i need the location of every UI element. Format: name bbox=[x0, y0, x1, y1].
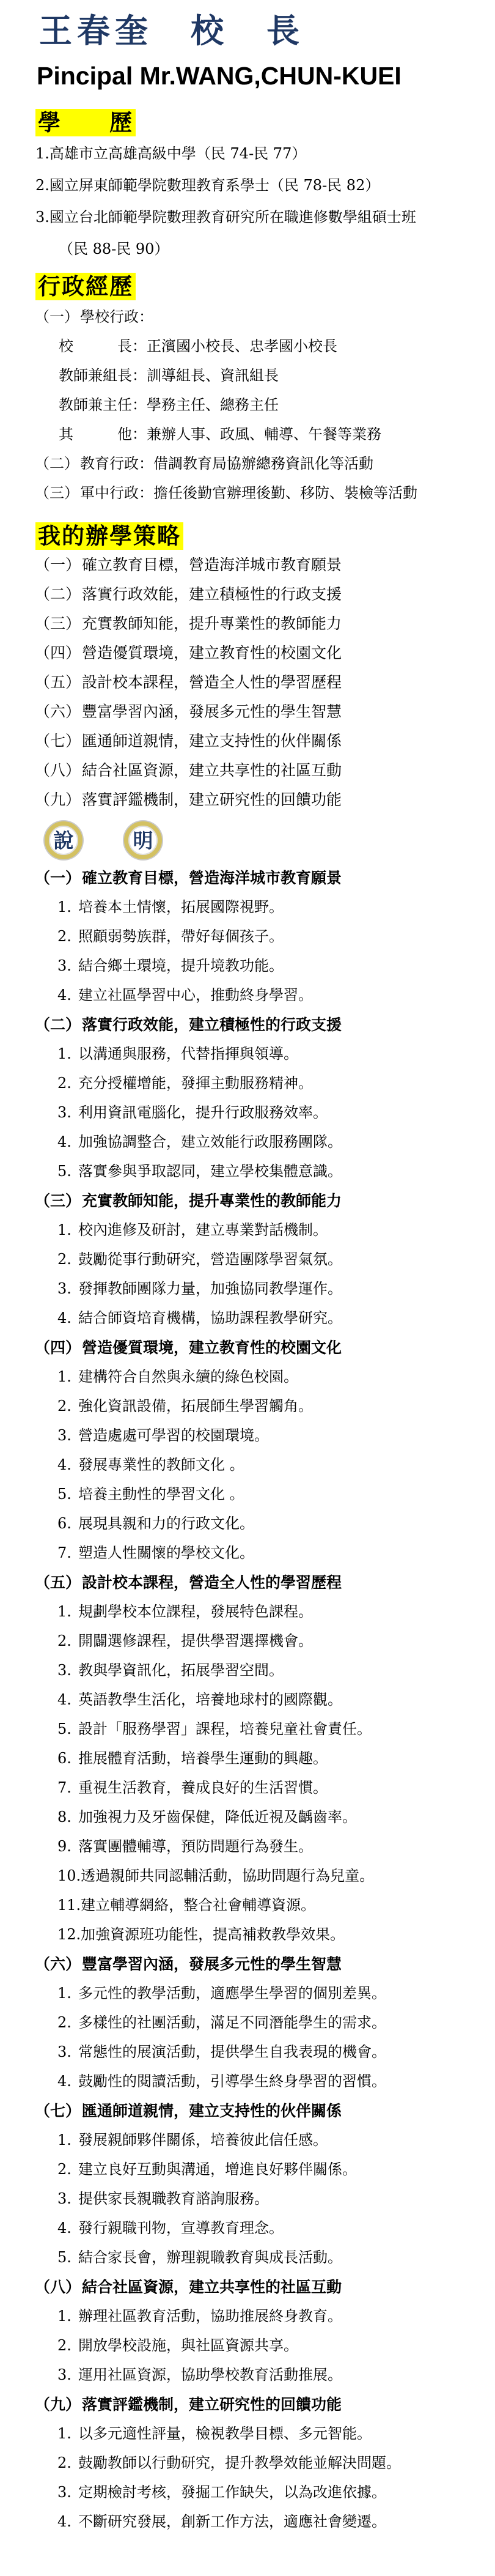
note-item-text: 發揮教師團隊力量，加強協同教學運作。 bbox=[78, 1281, 342, 1296]
education-item: 2.國立屏東師範學院數理教育系學士（民 78-民 82） bbox=[0, 177, 495, 193]
note-item: 1.發展親師夥伴關係，培養彼此信任感。 bbox=[0, 2133, 495, 2147]
note-group-number: （八） bbox=[35, 2279, 81, 2295]
note-item: 7.塑造人性關懷的學校文化。 bbox=[0, 1545, 495, 1560]
note-item: 4.加強協調整合，建立效能行政服務團隊。 bbox=[0, 1134, 495, 1149]
note-group-heading: （三）充實教師知能，提升專業性的教師能力 bbox=[0, 1193, 495, 1208]
note-item-number: 4. bbox=[57, 2221, 78, 2235]
note-item-number: 2. bbox=[57, 1076, 78, 1090]
note-group-title: 落實評鑑機制，建立研究性的回饋功能 bbox=[82, 2397, 342, 2412]
note-group-number: （一） bbox=[35, 870, 81, 886]
admin-item-number: （二） bbox=[35, 456, 79, 471]
admin-list: （一）學校行政：校 長：正濱國小校長、忠孝國小校長教師兼組長：訓導組長、資訊組長… bbox=[0, 309, 495, 500]
note-item-text: 開闢選修課程，提供學習選擇機會。 bbox=[78, 1634, 313, 1648]
note-item-number: 4. bbox=[57, 1311, 78, 1325]
note-item-text: 推展體育活動，培養學生運動的興趣。 bbox=[78, 1751, 328, 1766]
note-item-number: 1. bbox=[57, 1046, 78, 1061]
note-item-text: 加強協調整合，建立效能行政服務團隊。 bbox=[78, 1134, 342, 1149]
strategies-list: （一）確立教育目標，營造海洋城市教育願景（二）落實行政效能，建立積極性的行政支援… bbox=[0, 557, 495, 807]
strategy-item-text: 結合社區資源，建立共享性的社區互動 bbox=[82, 763, 342, 778]
note-group-heading: （六）豐富學習內涵，發展多元性的學生智慧 bbox=[0, 1956, 495, 1972]
note-group-title: 充實教師知能，提升專業性的教師能力 bbox=[82, 1193, 342, 1208]
strategy-item: （四）營造優質環境，建立教育性的校園文化 bbox=[0, 645, 495, 661]
admin-item: （二）教育行政：借調教育局協辦總務資訊化等活動 bbox=[0, 456, 495, 471]
note-group-title: 營造優質環境，建立教育性的校園文化 bbox=[82, 1340, 342, 1355]
note-group-title: 落實行政效能，建立積極性的行政支援 bbox=[82, 1017, 342, 1032]
strategy-item: （七）匯通師道親情，建立支持性的伙伴關係 bbox=[0, 733, 495, 749]
note-item-text: 發行親職刊物，宣導教育理念。 bbox=[78, 2221, 284, 2235]
page-title: 王春奎 校 長 bbox=[39, 11, 304, 50]
admin-subline: 其 他：兼辦人事、政風、輔導、午餐等業務 bbox=[0, 427, 495, 442]
note-item: 2.強化資訊設備，拓展師生學習觸角。 bbox=[0, 1399, 495, 1413]
note-item: 2.照顧弱勢族群，帶好每個孩子。 bbox=[0, 929, 495, 944]
note-item: 6.推展體育活動，培養學生運動的興趣。 bbox=[0, 1751, 495, 1766]
education-item-text: 國立屏東師範學院數理教育系學士（民 78-民 82） bbox=[50, 177, 380, 193]
admin-item-number: （三） bbox=[35, 486, 79, 500]
note-item-number: 1. bbox=[57, 1369, 78, 1384]
strategy-item-number: （二） bbox=[35, 587, 81, 602]
note-item-text: 結合家長會，辦理親職教育與成長活動。 bbox=[78, 2250, 342, 2265]
admin-item: （一）學校行政： bbox=[0, 309, 495, 324]
note-item-text: 充分授權增能，發揮主動服務精神。 bbox=[78, 1076, 313, 1090]
notes-badge-row: 說 明 bbox=[45, 821, 495, 859]
note-item-text: 落實團體輔導，預防問題行為發生。 bbox=[78, 1839, 313, 1854]
note-item: 12.加強資源班功能性，提高補救教學效果。 bbox=[0, 1927, 495, 1942]
note-item-number: 6. bbox=[57, 1751, 78, 1766]
strategy-item-number: （三） bbox=[35, 616, 81, 631]
note-item-text: 不斷研究發展，創新工作方法，適應社會變遷。 bbox=[78, 2514, 386, 2529]
strategy-item: （六）豐富學習內涵，發展多元性的學生智慧 bbox=[0, 704, 495, 719]
note-item-number: 2. bbox=[57, 1252, 78, 1267]
note-item: 1.辦理社區教育活動，協助推展終身教育。 bbox=[0, 2309, 495, 2323]
note-item-number: 1. bbox=[57, 1223, 78, 1237]
note-item-text: 設計「服務學習」課程，培養兒童社會責任。 bbox=[78, 1722, 372, 1736]
note-group-heading: （九）落實評鑑機制，建立研究性的回饋功能 bbox=[0, 2397, 495, 2412]
note-item-text: 定期檢討考核，發掘工作缺失，以為改進依據。 bbox=[78, 2485, 386, 2500]
note-item: 1.以溝通與服務，代替指揮與領導。 bbox=[0, 1046, 495, 1061]
strategy-item-number: （五） bbox=[35, 675, 81, 690]
strategy-item: （五）設計校本課程，營造全人性的學習歷程 bbox=[0, 675, 495, 690]
note-item-text: 以溝通與服務，代替指揮與領導。 bbox=[78, 1046, 298, 1061]
note-item-text: 鼓勵教師以行動研究，提升教學效能並解決問題。 bbox=[78, 2456, 401, 2470]
note-item-number: 4. bbox=[57, 1134, 78, 1149]
note-item-number: 2. bbox=[57, 2162, 78, 2177]
note-item-text: 建構符合自然與永續的綠色校園。 bbox=[78, 1369, 298, 1384]
note-item: 2.多樣性的社團活動，滿足不同潛能學生的需求。 bbox=[0, 2015, 495, 2030]
note-item-number: 1. bbox=[57, 900, 78, 914]
note-item-number: 5. bbox=[57, 1487, 78, 1501]
note-item: 1.多元性的教學活動，適應學生學習的個別差異。 bbox=[0, 1986, 495, 2000]
education-section-heading-row: 學 歷 bbox=[35, 109, 495, 136]
note-item-number: 2. bbox=[57, 1399, 78, 1413]
note-item: 3.常態性的展演活動，提供學生自我表現的機會。 bbox=[0, 2045, 495, 2059]
note-item-text: 建立輔導網絡，整合社會輔導資源。 bbox=[81, 1898, 315, 1912]
note-item: 3.運用社區資源，協助學校教育活動推展。 bbox=[0, 2367, 495, 2382]
note-item: 4.英語教學生活化，培養地球村的國際觀。 bbox=[0, 1692, 495, 1707]
note-item-number: 1. bbox=[57, 2426, 78, 2441]
note-item-text: 加強視力及牙齒保健，降低近視及齲齒率。 bbox=[78, 1810, 357, 1824]
note-item-text: 透過親師共同認輔活動，協助問題行為兒童。 bbox=[81, 1868, 374, 1883]
note-item-number: 7. bbox=[57, 1545, 78, 1560]
note-item-text: 發展親師夥伴關係，培養彼此信任感。 bbox=[78, 2133, 328, 2147]
title-row: 王春奎 校 長 bbox=[39, 13, 495, 48]
note-item-number: 2. bbox=[57, 1634, 78, 1648]
admin-item-text: 學校行政： bbox=[80, 309, 153, 324]
note-item-number: 3. bbox=[57, 2045, 78, 2059]
note-item-number: 3. bbox=[57, 2485, 78, 2500]
strategy-item-text: 落實行政效能，建立積極性的行政支援 bbox=[82, 587, 342, 602]
note-item-text: 結合師資培育機構，協助課程教學研究。 bbox=[78, 1311, 342, 1325]
note-item: 3.提供家長親職教育諮詢服務。 bbox=[0, 2191, 495, 2206]
education-item: 3.國立台北師範學院數理教育研究所在職進修數學組碩士班 bbox=[0, 209, 495, 225]
note-group-number: （二） bbox=[35, 1017, 81, 1032]
note-item: 4.不斷研究發展，創新工作方法，適應社會變遷。 bbox=[0, 2514, 495, 2529]
note-item-text: 建立良好互動與溝通，增進良好夥伴關係。 bbox=[78, 2162, 357, 2177]
admin-heading: 行政經歷 bbox=[35, 273, 136, 300]
education-item-number: 1. bbox=[35, 146, 50, 161]
note-group-title: 豐富學習內涵，發展多元性的學生智慧 bbox=[82, 1956, 342, 1972]
note-badge-ming: 明 bbox=[124, 821, 162, 859]
strategy-item: （三）充實教師知能，提升專業性的教師能力 bbox=[0, 616, 495, 631]
note-item-number: 5. bbox=[57, 2250, 78, 2265]
note-item-text: 多元性的教學活動，適應學生學習的個別差異。 bbox=[78, 1986, 386, 2000]
note-item: 2.鼓勵教師以行動研究，提升教學效能並解決問題。 bbox=[0, 2456, 495, 2470]
note-item: 4.發展專業性的教師文化 。 bbox=[0, 1457, 495, 1472]
strategy-item-number: （六） bbox=[35, 704, 81, 719]
education-item: 1.高雄市立高雄高級中學（民 74-民 77） bbox=[0, 146, 495, 161]
note-item-text: 培養本土情懷，拓展國際視野。 bbox=[78, 900, 284, 914]
note-badge-shuo-char: 說 bbox=[54, 831, 74, 851]
principal-profile-page: 王春奎 校 長 Pincipal Mr.WANG,CHUN-KUEI 學 歷 1… bbox=[0, 0, 495, 2576]
note-item-text: 運用社區資源，協助學校教育活動推展。 bbox=[78, 2367, 342, 2382]
note-item-text: 鼓勵性的閱讀活動，引導學生終身學習的習慣。 bbox=[78, 2074, 386, 2089]
note-item-number: 4. bbox=[57, 2514, 78, 2529]
strategy-item-text: 確立教育目標，營造海洋城市教育願景 bbox=[82, 557, 342, 572]
strategies-section-heading-row: 我的辦學策略 bbox=[35, 522, 495, 550]
note-item-text: 教與學資訊化，拓展學習空間。 bbox=[78, 1663, 284, 1678]
note-item-text: 重視生活教育，養成良好的生活習慣。 bbox=[78, 1780, 328, 1795]
strategy-item-number: （一） bbox=[35, 557, 81, 572]
admin-item-number: （一） bbox=[35, 309, 79, 324]
note-item-text: 落實參與爭取認同，建立學校集體意識。 bbox=[78, 1164, 342, 1179]
strategy-item-number: （七） bbox=[35, 733, 81, 749]
note-item: 2.充分授權增能，發揮主動服務精神。 bbox=[0, 1076, 495, 1090]
note-group-heading: （四）營造優質環境，建立教育性的校園文化 bbox=[0, 1340, 495, 1355]
admin-subline: 教師兼組長：訓導組長、資訊組長 bbox=[0, 368, 495, 383]
note-item: 1.培養本土情懷，拓展國際視野。 bbox=[0, 900, 495, 914]
note-item-text: 常態性的展演活動，提供學生自我表現的機會。 bbox=[78, 2045, 386, 2059]
note-item-text: 建立社區學習中心，推動終身學習。 bbox=[78, 988, 313, 1002]
note-group-number: （四） bbox=[35, 1340, 81, 1355]
subtitle-row: Pincipal Mr.WANG,CHUN-KUEI bbox=[37, 62, 495, 89]
strategy-item: （九）落實評鑑機制，建立研究性的回饋功能 bbox=[0, 792, 495, 807]
note-group-heading: （五）設計校本課程，營造全人性的學習歷程 bbox=[0, 1575, 495, 1590]
admin-subline: 校 長：正濱國小校長、忠孝國小校長 bbox=[0, 339, 495, 353]
note-item-text: 營造處處可學習的校園環境。 bbox=[78, 1428, 269, 1443]
note-item-text: 多樣性的社團活動，滿足不同潛能學生的需求。 bbox=[78, 2015, 386, 2030]
strategy-item-number: （四） bbox=[35, 645, 81, 661]
note-item: 8.加強視力及牙齒保健，降低近視及齲齒率。 bbox=[0, 1810, 495, 1824]
note-item: 3.營造處處可學習的校園環境。 bbox=[0, 1428, 495, 1443]
education-item-text: 高雄市立高雄高級中學（民 74-民 77） bbox=[50, 146, 306, 161]
strategy-item: （一）確立教育目標，營造海洋城市教育願景 bbox=[0, 557, 495, 572]
strategy-item: （八）結合社區資源，建立共享性的社區互動 bbox=[0, 763, 495, 778]
note-group-number: （七） bbox=[35, 2103, 81, 2119]
note-item-number: 3. bbox=[57, 1281, 78, 1296]
note-item-number: 3. bbox=[57, 2367, 78, 2382]
note-item-text: 辦理社區教育活動，協助推展終身教育。 bbox=[78, 2309, 342, 2323]
note-group-title: 確立教育目標，營造海洋城市教育願景 bbox=[82, 870, 342, 886]
note-item-text: 規劃學校本位課程，發展特色課程。 bbox=[78, 1604, 313, 1619]
note-group-heading: （八）結合社區資源，建立共享性的社區互動 bbox=[0, 2279, 495, 2295]
note-item-number: 3. bbox=[57, 1663, 78, 1678]
note-item: 1.建構符合自然與永續的綠色校園。 bbox=[0, 1369, 495, 1384]
note-badge-shuo: 說 bbox=[45, 821, 82, 859]
note-item-text: 開放學校設施，與社區資源共享。 bbox=[78, 2338, 298, 2353]
education-item-number: 2. bbox=[35, 177, 50, 193]
note-group-number: （五） bbox=[35, 1575, 81, 1590]
note-group-number: （六） bbox=[35, 1956, 81, 1972]
strategy-item-number: （八） bbox=[35, 763, 81, 778]
note-item: 7.重視生活教育，養成良好的生活習慣。 bbox=[0, 1780, 495, 1795]
page-subtitle: Pincipal Mr.WANG,CHUN-KUEI bbox=[37, 62, 402, 90]
admin-subline: 教師兼主任：學務主任、總務主任 bbox=[0, 398, 495, 412]
note-item: 1.以多元適性評量，檢視教學目標、多元智能。 bbox=[0, 2426, 495, 2441]
note-item-number: 4. bbox=[57, 1457, 78, 1472]
note-item: 3.發揮教師團隊力量，加強協同教學運作。 bbox=[0, 1281, 495, 1296]
note-item-number: 12. bbox=[57, 1927, 81, 1942]
strategy-item-number: （九） bbox=[35, 792, 81, 807]
note-item-number: 11. bbox=[57, 1898, 81, 1912]
note-item: 5.設計「服務學習」課程，培養兒童社會責任。 bbox=[0, 1722, 495, 1736]
note-item-number: 1. bbox=[57, 2133, 78, 2147]
note-item: 2.開放學校設施，與社區資源共享。 bbox=[0, 2338, 495, 2353]
note-item: 1.規劃學校本位課程，發展特色課程。 bbox=[0, 1604, 495, 1619]
note-item-text: 以多元適性評量，檢視教學目標、多元智能。 bbox=[78, 2426, 372, 2441]
note-item: 3.利用資訊電腦化，提升行政服務效率。 bbox=[0, 1105, 495, 1120]
note-item: 4.發行親職刊物，宣導教育理念。 bbox=[0, 2221, 495, 2235]
note-item-number: 4. bbox=[57, 1692, 78, 1707]
note-item-number: 2. bbox=[57, 929, 78, 944]
note-item: 5.培養主動性的學習文化 。 bbox=[0, 1487, 495, 1501]
note-item: 3.定期檢討考核，發掘工作缺失，以為改進依據。 bbox=[0, 2485, 495, 2500]
note-item-text: 強化資訊設備，拓展師生學習觸角。 bbox=[78, 1399, 313, 1413]
note-item-number: 1. bbox=[57, 2309, 78, 2323]
strategy-item-text: 匯通師道親情，建立支持性的伙伴關係 bbox=[82, 733, 342, 749]
note-item-text: 校內進修及研討，建立專業對話機制。 bbox=[78, 1223, 328, 1237]
note-item: 2.建立良好互動與溝通，增進良好夥伴關係。 bbox=[0, 2162, 495, 2177]
note-item: 2.鼓勵從事行動研究，營造團隊學習氣氛。 bbox=[0, 1252, 495, 1267]
notes-groups: （一）確立教育目標，營造海洋城市教育願景1.培養本土情懷，拓展國際視野。2.照顧… bbox=[0, 870, 495, 2529]
note-item-number: 3. bbox=[57, 958, 78, 973]
note-item-text: 利用資訊電腦化，提升行政服務效率。 bbox=[78, 1105, 328, 1120]
note-item: 1.校內進修及研討，建立專業對話機制。 bbox=[0, 1223, 495, 1237]
note-item-text: 塑造人性關懷的學校文化。 bbox=[78, 1545, 254, 1560]
note-item-number: 3. bbox=[57, 1105, 78, 1120]
note-item: 2.開闢選修課程，提供學習選擇機會。 bbox=[0, 1634, 495, 1648]
education-item-number: 3. bbox=[35, 209, 50, 225]
note-item: 5.結合家長會，辦理親職教育與成長活動。 bbox=[0, 2250, 495, 2265]
admin-item-text: 教育行政：借調教育局協辦總務資訊化等活動 bbox=[80, 456, 373, 471]
note-item-text: 結合鄉土環境，提升境教功能。 bbox=[78, 958, 284, 973]
note-item-number: 5. bbox=[57, 1164, 78, 1179]
note-group-title: 設計校本課程，營造全人性的學習歷程 bbox=[82, 1575, 342, 1590]
note-item-number: 1. bbox=[57, 1604, 78, 1619]
note-item-text: 照顧弱勢族群，帶好每個孩子。 bbox=[78, 929, 284, 944]
note-group-number: （九） bbox=[35, 2397, 81, 2412]
education-list: 1.高雄市立高雄高級中學（民 74-民 77）2.國立屏東師範學院數理教育系學士… bbox=[0, 146, 495, 257]
strategy-item-text: 設計校本課程，營造全人性的學習歷程 bbox=[82, 675, 342, 690]
note-group-heading: （七）匯通師道親情，建立支持性的伙伴關係 bbox=[0, 2103, 495, 2119]
note-item-number: 2. bbox=[57, 2015, 78, 2030]
note-item-text: 加強資源班功能性，提高補救教學效果。 bbox=[81, 1927, 345, 1942]
strategy-item-text: 落實評鑑機制，建立研究性的回饋功能 bbox=[82, 792, 342, 807]
note-item-number: 7. bbox=[57, 1780, 78, 1795]
strategies-heading: 我的辦學策略 bbox=[35, 522, 183, 550]
note-item: 9.落實團體輔導，預防問題行為發生。 bbox=[0, 1839, 495, 1854]
note-group-number: （三） bbox=[35, 1193, 81, 1208]
note-item: 10.透過親師共同認輔活動，協助問題行為兒童。 bbox=[0, 1868, 495, 1883]
note-item: 4.建立社區學習中心，推動終身學習。 bbox=[0, 988, 495, 1002]
note-item: 4.結合師資培育機構，協助課程教學研究。 bbox=[0, 1311, 495, 1325]
note-group-heading: （二）落實行政效能，建立積極性的行政支援 bbox=[0, 1017, 495, 1032]
note-item: 4.鼓勵性的閱讀活動，引導學生終身學習的習慣。 bbox=[0, 2074, 495, 2089]
note-group-heading: （一）確立教育目標，營造海洋城市教育願景 bbox=[0, 870, 495, 886]
note-item: 3.教與學資訊化，拓展學習空間。 bbox=[0, 1663, 495, 1678]
note-item-number: 3. bbox=[57, 2191, 78, 2206]
note-item-number: 3. bbox=[57, 1428, 78, 1443]
note-item-number: 10. bbox=[57, 1868, 81, 1883]
note-item-number: 6. bbox=[57, 1516, 78, 1531]
note-badge-ming-char: 明 bbox=[133, 831, 153, 851]
note-item-number: 8. bbox=[57, 1810, 78, 1824]
admin-item: （三）軍中行政：擔任後勤官辦理後勤、移防、裝檢等活動 bbox=[0, 486, 495, 500]
education-item-continuation: （民 88-民 90） bbox=[0, 241, 495, 257]
admin-item-text: 軍中行政：擔任後勤官辦理後勤、移防、裝檢等活動 bbox=[80, 486, 417, 500]
note-item-number: 4. bbox=[57, 988, 78, 1002]
education-item-text: 國立台北師範學院數理教育研究所在職進修數學組碩士班 bbox=[50, 209, 416, 225]
note-item-number: 5. bbox=[57, 1722, 78, 1736]
note-item: 5.落實參與爭取認同，建立學校集體意識。 bbox=[0, 1164, 495, 1179]
note-item-text: 發展專業性的教師文化 。 bbox=[78, 1457, 244, 1472]
admin-section-heading-row: 行政經歷 bbox=[35, 273, 495, 300]
note-item-number: 2. bbox=[57, 2338, 78, 2353]
note-item-text: 培養主動性的學習文化 。 bbox=[78, 1487, 244, 1501]
note-item-number: 9. bbox=[57, 1839, 78, 1854]
strategy-item-text: 營造優質環境，建立教育性的校園文化 bbox=[82, 645, 342, 661]
note-group-title: 結合社區資源，建立共享性的社區互動 bbox=[82, 2279, 342, 2295]
education-heading: 學 歷 bbox=[35, 109, 136, 136]
note-item-number: 4. bbox=[57, 2074, 78, 2089]
strategy-item: （二）落實行政效能，建立積極性的行政支援 bbox=[0, 587, 495, 602]
note-item: 6.展現具親和力的行政文化。 bbox=[0, 1516, 495, 1531]
note-group-title: 匯通師道親情，建立支持性的伙伴關係 bbox=[82, 2103, 342, 2119]
strategy-item-text: 充實教師知能，提升專業性的教師能力 bbox=[82, 616, 342, 631]
strategy-item-text: 豐富學習內涵，發展多元性的學生智慧 bbox=[82, 704, 342, 719]
note-item-text: 提供家長親職教育諮詢服務。 bbox=[78, 2191, 269, 2206]
note-item: 11.建立輔導網絡，整合社會輔導資源。 bbox=[0, 1898, 495, 1912]
note-item: 3.結合鄉土環境，提升境教功能。 bbox=[0, 958, 495, 973]
note-item-number: 2. bbox=[57, 2456, 78, 2470]
note-item-text: 鼓勵從事行動研究，營造團隊學習氣氛。 bbox=[78, 1252, 342, 1267]
note-item-text: 英語教學生活化，培養地球村的國際觀。 bbox=[78, 1692, 342, 1707]
note-item-text: 展現具親和力的行政文化。 bbox=[78, 1516, 254, 1531]
note-item-number: 1. bbox=[57, 1986, 78, 2000]
